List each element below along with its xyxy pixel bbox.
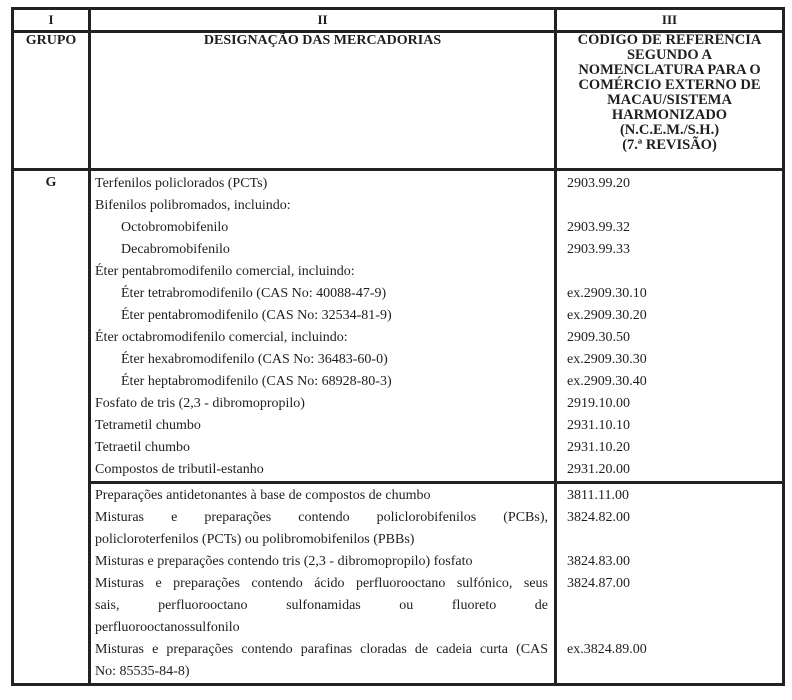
ncem-code: 2931.20.00 — [557, 459, 782, 481]
designation-line: Misturas e preparações contendo policlor… — [91, 507, 554, 529]
group-cell: G — [13, 170, 90, 685]
designation-line: Éter tetrabromodifenilo (CAS No: 40088-4… — [91, 283, 554, 305]
section-1-row: G Terfenilos policlorados (PCTs)Bifenilo… — [13, 170, 784, 483]
designation-line: Bifenilos polibromados, incluindo: — [91, 195, 554, 217]
code-header-line: (7.ª REVISÃO) — [557, 138, 782, 153]
ncem-code: 3811.11.00 — [557, 485, 782, 507]
section-2-row: Preparações antidetonantes à base de com… — [13, 483, 784, 685]
designation-line: Éter pentabromodifenilo (CAS No: 32534-8… — [91, 305, 554, 327]
designation-line: perfluorooctanossulfonilo — [91, 617, 554, 639]
ncem-code: 2903.99.33 — [557, 239, 782, 261]
code-spacer — [557, 617, 782, 639]
designation-column-header: DESIGNAÇÃO DAS MERCADORIAS — [90, 32, 556, 170]
ncem-code: ex.3824.89.00 — [557, 639, 782, 661]
column-number-ii: II — [90, 9, 556, 32]
section-1-codes: 2903.99.202903.99.322903.99.33ex.2909.30… — [556, 170, 784, 483]
ncem-code: 2919.10.00 — [557, 393, 782, 415]
code-spacer — [557, 661, 782, 683]
designation-line: Éter pentabromodifenilo comercial, inclu… — [91, 261, 554, 283]
ncem-code: ex.2909.30.20 — [557, 305, 782, 327]
ncem-code: 2903.99.32 — [557, 217, 782, 239]
ncem-code: ex.2909.30.40 — [557, 371, 782, 393]
ncem-code — [557, 261, 782, 283]
ncem-code — [557, 195, 782, 217]
designation-line: Misturas e preparações contendo tris (2,… — [91, 551, 554, 573]
goods-table: I II III GRUPO DESIGNAÇÃO DAS MERCADORIA… — [11, 7, 785, 686]
code-header-line: NOMENCLATURA PARA O — [557, 63, 782, 78]
column-number-row: I II III — [13, 9, 784, 32]
designation-line: Éter hexabromodifenilo (CAS No: 36483-60… — [91, 349, 554, 371]
group-column-header: GRUPO — [13, 32, 90, 170]
designation-line: No: 85535-84-8) — [91, 661, 554, 683]
section-1-designations: Terfenilos policlorados (PCTs)Bifenilos … — [90, 170, 556, 483]
ncem-code: 3824.82.00 — [557, 507, 782, 529]
code-header-line: (N.C.E.M./S.H.) — [557, 123, 782, 138]
ncem-code: ex.2909.30.30 — [557, 349, 782, 371]
section-2-designations: Preparações antidetonantes à base de com… — [90, 483, 556, 685]
code-header-line: HARMONIZADO — [557, 108, 782, 123]
ncem-code: 3824.83.00 — [557, 551, 782, 573]
column-header-row: GRUPO DESIGNAÇÃO DAS MERCADORIAS CÓDIGO … — [13, 32, 784, 170]
ncem-code: 2931.10.10 — [557, 415, 782, 437]
ncem-code: 2909.30.50 — [557, 327, 782, 349]
ncem-code: 2931.10.20 — [557, 437, 782, 459]
designation-line: Tetraetil chumbo — [91, 437, 554, 459]
designation-line: Terfenilos policlorados (PCTs) — [91, 173, 554, 195]
designation-line: Éter octabromodifenilo comercial, inclui… — [91, 327, 554, 349]
designation-line: Misturas e preparações contendo parafina… — [91, 639, 554, 661]
column-number-iii: III — [556, 9, 784, 32]
designation-line: Preparações antidetonantes à base de com… — [91, 485, 554, 507]
designation-line: Decabromobifenilo — [91, 239, 554, 261]
designation-line: Misturas e preparações contendo ácido pe… — [91, 573, 554, 595]
ncem-code: ex.2909.30.10 — [557, 283, 782, 305]
designation-line: Tetrametil chumbo — [91, 415, 554, 437]
ncem-code: 2903.99.20 — [557, 173, 782, 195]
designation-line: Fosfato de tris (2,3 - dibromopropilo) — [91, 393, 554, 415]
code-header-line: SEGUNDO A — [557, 48, 782, 63]
section-2-codes: 3811.11.003824.82.003824.83.003824.87.00… — [556, 483, 784, 685]
designation-line: Éter heptabromodifenilo (CAS No: 68928-8… — [91, 371, 554, 393]
column-number-i: I — [13, 9, 90, 32]
designation-line: Compostos de tributil-estanho — [91, 459, 554, 481]
designation-line: sais, perfluorooctano sulfonamidas ou fl… — [91, 595, 554, 617]
code-header-line: CÓDIGO DE REFERÊNCIA — [557, 33, 782, 48]
code-spacer — [557, 529, 782, 551]
code-column-header: CÓDIGO DE REFERÊNCIA SEGUNDO A NOMENCLAT… — [556, 32, 784, 170]
code-header-line: COMÉRCIO EXTERNO DE — [557, 78, 782, 93]
code-spacer — [557, 595, 782, 617]
designation-line: policloroterfenilos (PCTs) ou polibromob… — [91, 529, 554, 551]
designation-line: Octobromobifenilo — [91, 217, 554, 239]
code-header-line: MACAU/SISTEMA — [557, 93, 782, 108]
ncem-code: 3824.87.00 — [557, 573, 782, 595]
